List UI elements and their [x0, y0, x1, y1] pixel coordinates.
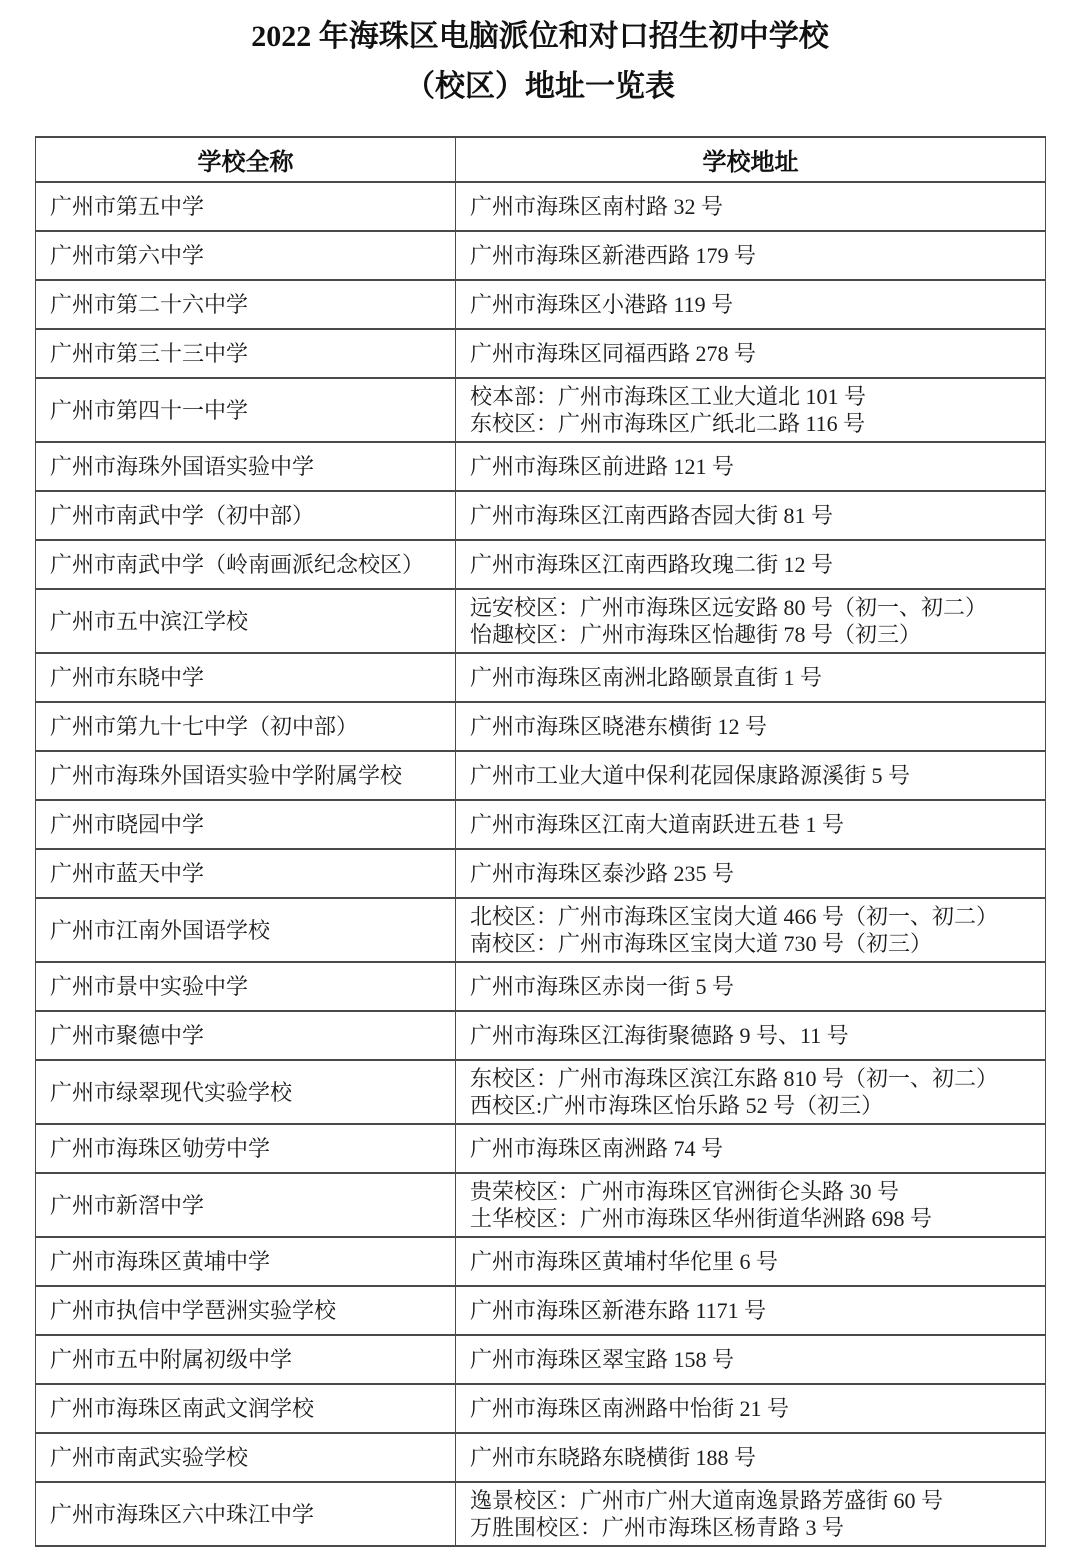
table-row: 广州市新滘中学 贵荣校区：广州市海珠区官洲街仑头路 30 号土华校区：广州市海珠… — [36, 1173, 1046, 1237]
school-address-cell: 广州市海珠区江南西路玫瑰二街 12 号 — [456, 540, 1046, 589]
address-line: 西校区:广州市海珠区怡乐路 52 号（初三） — [470, 1092, 1035, 1119]
table-row: 广州市晓园中学 广州市海珠区江南大道南跃进五巷 1 号 — [36, 800, 1046, 849]
school-name-cell: 广州市五中附属初级中学 — [36, 1335, 456, 1384]
school-name-cell: 广州市海珠区劬劳中学 — [36, 1124, 456, 1173]
address-line: 东校区：广州市海珠区滨江东路 810 号（初一、初二） — [470, 1065, 1035, 1092]
school-name-cell: 广州市南武中学（初中部） — [36, 491, 456, 540]
school-name-cell: 广州市东晓中学 — [36, 653, 456, 702]
address-line: 远安校区：广州市海珠区远安路 80 号（初一、初二） — [470, 594, 1035, 621]
address-line: 南校区：广州市海珠区宝岗大道 730 号（初三） — [470, 930, 1035, 957]
school-address-cell: 广州市海珠区同福西路 278 号 — [456, 329, 1046, 378]
table-row: 广州市第九十七中学（初中部） 广州市海珠区晓港东横街 12 号 — [36, 702, 1046, 751]
table-row: 广州市五中附属初级中学 广州市海珠区翠宝路 158 号 — [36, 1335, 1046, 1384]
column-header-school-name: 学校全称 — [36, 137, 456, 182]
table-row: 广州市南武中学（岭南画派纪念校区） 广州市海珠区江南西路玫瑰二街 12 号 — [36, 540, 1046, 589]
table-row: 广州市第四十一中学 校本部：广州市海珠区工业大道北 101 号东校区：广州市海珠… — [36, 378, 1046, 442]
school-address-cell: 广州市海珠区南村路 32 号 — [456, 182, 1046, 231]
school-name-cell: 广州市第五中学 — [36, 182, 456, 231]
table-row: 广州市蓝天中学 广州市海珠区泰沙路 235 号 — [36, 849, 1046, 898]
document-page: 2022 年海珠区电脑派位和对口招生初中学校 （校区）地址一览表 学校全称 学校… — [0, 0, 1080, 1557]
table-row: 广州市海珠区六中珠江中学 逸景校区：广州市广州大道南逸景路芳盛街 60 号万胜围… — [36, 1482, 1046, 1546]
school-address-cell: 广州市海珠区南洲路中怡街 21 号 — [456, 1384, 1046, 1433]
address-line: 土华校区：广州市海珠区华州街道华洲路 698 号 — [470, 1205, 1035, 1232]
address-line: 广州市海珠区江海街聚德路 9 号、11 号 — [470, 1022, 1035, 1049]
school-address-table: 学校全称 学校地址 广州市第五中学 广州市海珠区南村路 32 号 广州市第六中学… — [35, 136, 1046, 1547]
address-line: 广州市海珠区江南西路玫瑰二街 12 号 — [470, 551, 1035, 578]
table-row: 广州市绿翠现代实验学校 东校区：广州市海珠区滨江东路 810 号（初一、初二）西… — [36, 1060, 1046, 1124]
school-address-cell: 远安校区：广州市海珠区远安路 80 号（初一、初二）怡趣校区：广州市海珠区怡趣街… — [456, 589, 1046, 653]
address-line: 广州市海珠区翠宝路 158 号 — [470, 1346, 1035, 1373]
school-address-cell: 校本部：广州市海珠区工业大道北 101 号东校区：广州市海珠区广纸北二路 116… — [456, 378, 1046, 442]
address-line: 广州市海珠区江南西路杏园大街 81 号 — [470, 502, 1035, 529]
school-name-cell: 广州市蓝天中学 — [36, 849, 456, 898]
school-name-cell: 广州市第九十七中学（初中部） — [36, 702, 456, 751]
address-line: 怡趣校区：广州市海珠区怡趣街 78 号（初三） — [470, 621, 1035, 648]
address-line: 广州市海珠区南洲路中怡街 21 号 — [470, 1395, 1035, 1422]
table-row: 广州市海珠区南武文润学校 广州市海珠区南洲路中怡街 21 号 — [36, 1384, 1046, 1433]
school-address-cell: 贵荣校区：广州市海珠区官洲街仑头路 30 号土华校区：广州市海珠区华州街道华洲路… — [456, 1173, 1046, 1237]
address-line: 万胜围校区：广州市海珠区杨青路 3 号 — [470, 1514, 1035, 1541]
school-address-cell: 广州市海珠区南洲北路颐景直街 1 号 — [456, 653, 1046, 702]
address-line: 广州市海珠区南村路 32 号 — [470, 193, 1035, 220]
school-address-cell: 广州市海珠区赤岗一街 5 号 — [456, 962, 1046, 1011]
school-address-cell: 广州市海珠区南洲路 74 号 — [456, 1124, 1046, 1173]
document-title-line2: （校区）地址一览表 — [0, 62, 1080, 112]
address-line: 广州市海珠区同福西路 278 号 — [470, 340, 1035, 367]
school-address-cell: 广州市工业大道中保利花园保康路源溪街 5 号 — [456, 751, 1046, 800]
school-name-cell: 广州市江南外国语学校 — [36, 898, 456, 962]
address-line: 广州市海珠区黄埔村华佗里 6 号 — [470, 1248, 1035, 1275]
school-address-cell: 广州市海珠区江南西路杏园大街 81 号 — [456, 491, 1046, 540]
table-row: 广州市海珠区黄埔中学 广州市海珠区黄埔村华佗里 6 号 — [36, 1237, 1046, 1286]
school-address-cell: 广州市海珠区新港东路 1171 号 — [456, 1286, 1046, 1335]
table-row: 广州市江南外国语学校 北校区：广州市海珠区宝岗大道 466 号（初一、初二）南校… — [36, 898, 1046, 962]
table-row: 广州市景中实验中学 广州市海珠区赤岗一街 5 号 — [36, 962, 1046, 1011]
address-line: 广州市海珠区江南大道南跃进五巷 1 号 — [470, 811, 1035, 838]
address-line: 广州市海珠区小港路 119 号 — [470, 291, 1035, 318]
table-row: 广州市聚德中学 广州市海珠区江海街聚德路 9 号、11 号 — [36, 1011, 1046, 1060]
table-row: 广州市第五中学 广州市海珠区南村路 32 号 — [36, 182, 1046, 231]
school-name-cell: 广州市第四十一中学 — [36, 378, 456, 442]
school-address-cell: 广州市海珠区黄埔村华佗里 6 号 — [456, 1237, 1046, 1286]
address-line: 广州市海珠区晓港东横街 12 号 — [470, 713, 1035, 740]
address-line: 逸景校区：广州市广州大道南逸景路芳盛街 60 号 — [470, 1487, 1035, 1514]
document-title: 2022 年海珠区电脑派位和对口招生初中学校 （校区）地址一览表 — [0, 0, 1080, 112]
school-address-cell: 广州市海珠区泰沙路 235 号 — [456, 849, 1046, 898]
table-row: 广州市南武实验学校 广州市东晓路东晓横街 188 号 — [36, 1433, 1046, 1482]
school-address-cell: 北校区：广州市海珠区宝岗大道 466 号（初一、初二）南校区：广州市海珠区宝岗大… — [456, 898, 1046, 962]
address-line: 校本部：广州市海珠区工业大道北 101 号 — [470, 383, 1035, 410]
address-line: 广州市海珠区新港西路 179 号 — [470, 242, 1035, 269]
address-line: 广州市工业大道中保利花园保康路源溪街 5 号 — [470, 762, 1035, 789]
school-name-cell: 广州市南武中学（岭南画派纪念校区） — [36, 540, 456, 589]
address-line: 广州市海珠区前进路 121 号 — [470, 453, 1035, 480]
school-name-cell: 广州市海珠区南武文润学校 — [36, 1384, 456, 1433]
school-address-cell: 广州市海珠区新港西路 179 号 — [456, 231, 1046, 280]
school-name-cell: 广州市海珠外国语实验中学附属学校 — [36, 751, 456, 800]
table-row: 广州市五中滨江学校 远安校区：广州市海珠区远安路 80 号（初一、初二）怡趣校区… — [36, 589, 1046, 653]
school-address-cell: 广州市海珠区江南大道南跃进五巷 1 号 — [456, 800, 1046, 849]
table-row: 广州市执信中学琶洲实验学校 广州市海珠区新港东路 1171 号 — [36, 1286, 1046, 1335]
school-name-cell: 广州市海珠外国语实验中学 — [36, 442, 456, 491]
address-line: 广州市东晓路东晓横街 188 号 — [470, 1444, 1035, 1471]
table-row: 广州市海珠外国语实验中学 广州市海珠区前进路 121 号 — [36, 442, 1046, 491]
table-row: 广州市海珠外国语实验中学附属学校 广州市工业大道中保利花园保康路源溪街 5 号 — [36, 751, 1046, 800]
address-line: 广州市海珠区泰沙路 235 号 — [470, 860, 1035, 887]
school-name-cell: 广州市第六中学 — [36, 231, 456, 280]
table-row: 广州市第三十三中学 广州市海珠区同福西路 278 号 — [36, 329, 1046, 378]
school-name-cell: 广州市海珠区六中珠江中学 — [36, 1482, 456, 1546]
header-row: 学校全称 学校地址 — [36, 137, 1046, 182]
school-name-cell: 广州市五中滨江学校 — [36, 589, 456, 653]
document-title-line1: 2022 年海珠区电脑派位和对口招生初中学校 — [0, 12, 1080, 62]
school-address-cell: 东校区：广州市海珠区滨江东路 810 号（初一、初二）西校区:广州市海珠区怡乐路… — [456, 1060, 1046, 1124]
school-name-cell: 广州市聚德中学 — [36, 1011, 456, 1060]
school-name-cell: 广州市新滘中学 — [36, 1173, 456, 1237]
school-name-cell: 广州市晓园中学 — [36, 800, 456, 849]
address-line: 东校区：广州市海珠区广纸北二路 116 号 — [470, 410, 1035, 437]
address-line: 贵荣校区：广州市海珠区官洲街仑头路 30 号 — [470, 1178, 1035, 1205]
table-row: 广州市第二十六中学 广州市海珠区小港路 119 号 — [36, 280, 1046, 329]
school-address-cell: 广州市海珠区小港路 119 号 — [456, 280, 1046, 329]
school-address-cell: 广州市海珠区前进路 121 号 — [456, 442, 1046, 491]
school-address-cell: 广州市海珠区翠宝路 158 号 — [456, 1335, 1046, 1384]
address-line: 广州市海珠区赤岗一街 5 号 — [470, 973, 1035, 1000]
school-name-cell: 广州市景中实验中学 — [36, 962, 456, 1011]
table-container: 学校全称 学校地址 广州市第五中学 广州市海珠区南村路 32 号 广州市第六中学… — [35, 136, 1045, 1547]
address-line: 广州市海珠区新港东路 1171 号 — [470, 1297, 1035, 1324]
table-row: 广州市第六中学 广州市海珠区新港西路 179 号 — [36, 231, 1046, 280]
school-name-cell: 广州市南武实验学校 — [36, 1433, 456, 1482]
address-line: 广州市海珠区南洲路 74 号 — [470, 1135, 1035, 1162]
school-address-cell: 广州市海珠区江海街聚德路 9 号、11 号 — [456, 1011, 1046, 1060]
school-name-cell: 广州市绿翠现代实验学校 — [36, 1060, 456, 1124]
table-row: 广州市南武中学（初中部） 广州市海珠区江南西路杏园大街 81 号 — [36, 491, 1046, 540]
table-row: 广州市东晓中学 广州市海珠区南洲北路颐景直街 1 号 — [36, 653, 1046, 702]
school-address-cell: 广州市东晓路东晓横街 188 号 — [456, 1433, 1046, 1482]
school-name-cell: 广州市海珠区黄埔中学 — [36, 1237, 456, 1286]
address-line: 北校区：广州市海珠区宝岗大道 466 号（初一、初二） — [470, 903, 1035, 930]
table-row: 广州市海珠区劬劳中学 广州市海珠区南洲路 74 号 — [36, 1124, 1046, 1173]
school-address-cell: 广州市海珠区晓港东横街 12 号 — [456, 702, 1046, 751]
school-address-cell: 逸景校区：广州市广州大道南逸景路芳盛街 60 号万胜围校区：广州市海珠区杨青路 … — [456, 1482, 1046, 1546]
address-line: 广州市海珠区南洲北路颐景直街 1 号 — [470, 664, 1035, 691]
school-name-cell: 广州市执信中学琶洲实验学校 — [36, 1286, 456, 1335]
column-header-school-address: 学校地址 — [456, 137, 1046, 182]
school-name-cell: 广州市第二十六中学 — [36, 280, 456, 329]
school-name-cell: 广州市第三十三中学 — [36, 329, 456, 378]
